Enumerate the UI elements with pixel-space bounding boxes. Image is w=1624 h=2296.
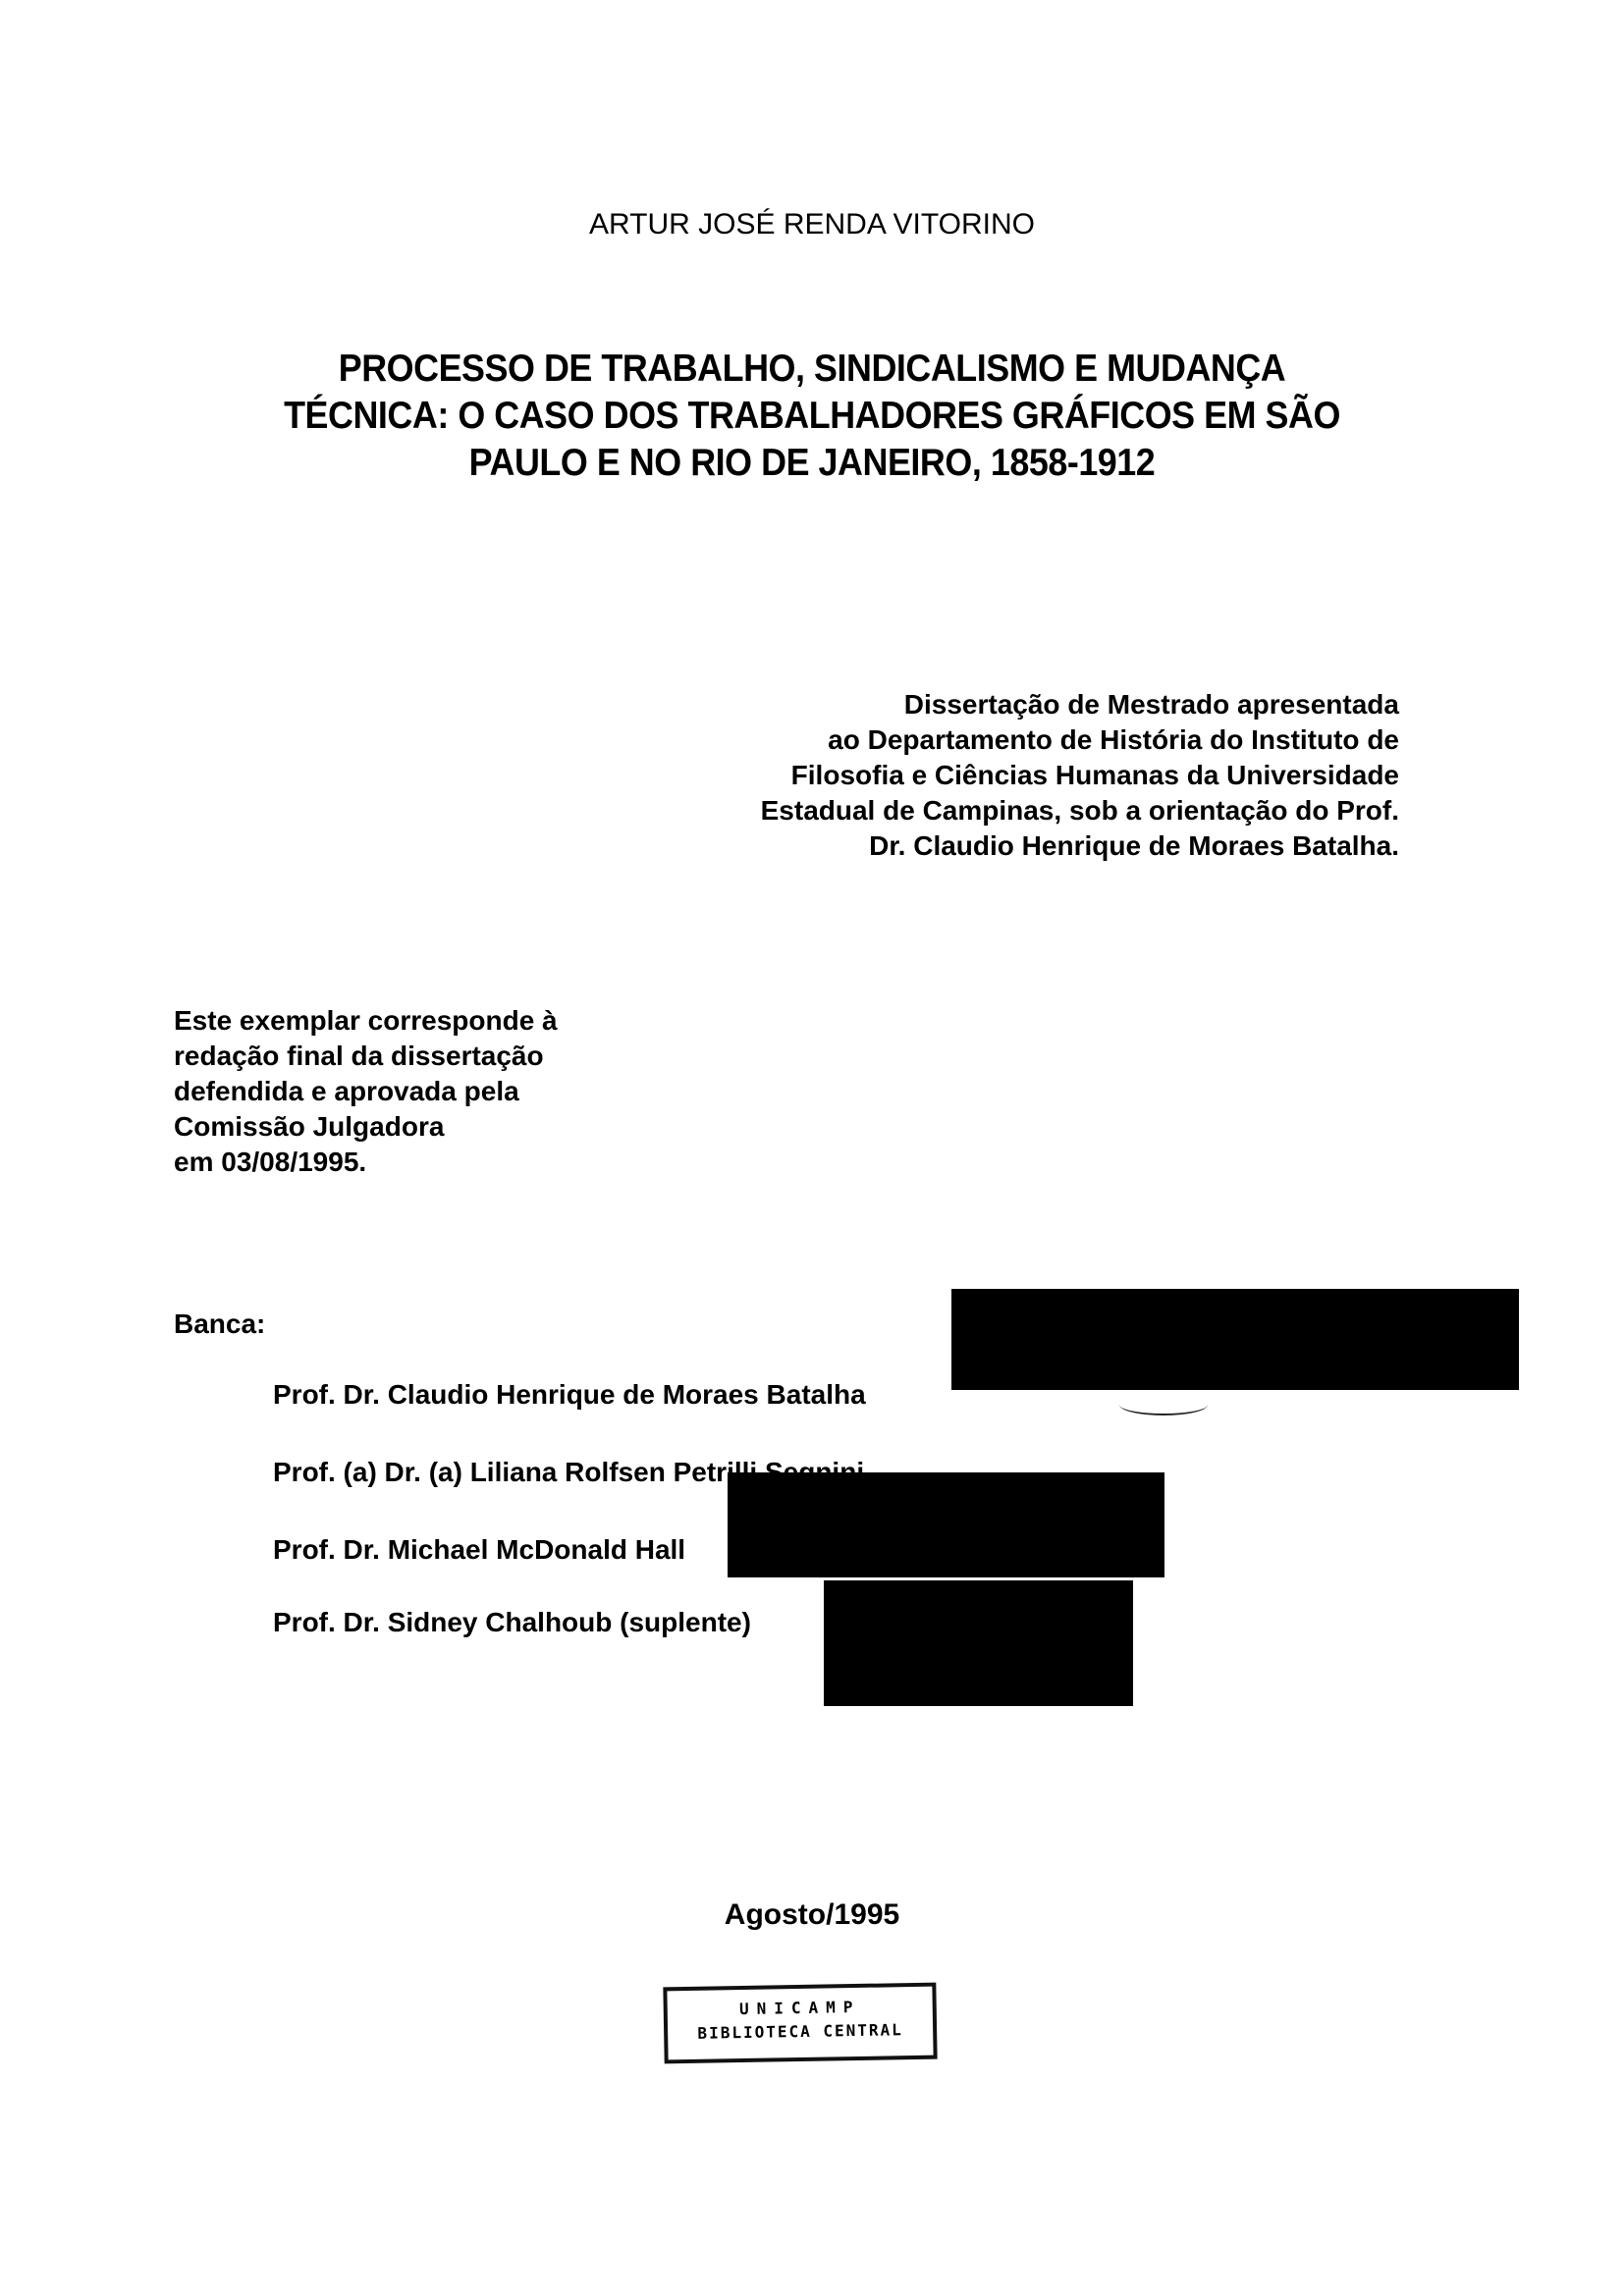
redaction-block [824, 1580, 1133, 1706]
redaction-block [951, 1289, 1519, 1390]
title-line: PAULO E NO RIO DE JANEIRO, 1858-1912 [200, 440, 1424, 487]
title-line: PROCESSO DE TRABALHO, SINDICALISMO E MUD… [200, 346, 1424, 393]
approval-line: defendida e aprovada pela [174, 1074, 558, 1109]
author-name: ARTUR JOSÉ RENDA VITORINO [0, 208, 1624, 241]
note-line: Dissertação de Mestrado apresentada [761, 687, 1399, 722]
committee-member: Prof. Dr. Claudio Henrique de Moraes Bat… [273, 1379, 866, 1411]
submission-note: Dissertação de Mestrado apresentada ao D… [761, 687, 1399, 864]
approval-line: redação final da dissertação [174, 1039, 558, 1074]
title-line: TÉCNICA: O CASO DOS TRABALHADORES GRÁFIC… [200, 393, 1424, 440]
approval-line: Comissão Julgadora [174, 1109, 558, 1145]
stamp-line: BIBLIOTECA CENTRAL [668, 2018, 933, 2047]
committee-member: Prof. Dr. Sidney Chalhoub (suplente) [273, 1607, 751, 1638]
note-line: Filosofia e Ciências Humanas da Universi… [761, 758, 1399, 793]
approval-line: Este exemplar corresponde à [174, 1003, 558, 1039]
approval-line: em 03/08/1995. [174, 1145, 558, 1180]
dissertation-title: PROCESSO DE TRABALHO, SINDICALISMO E MUD… [200, 346, 1424, 487]
document-date: Agosto/1995 [0, 1898, 1624, 1932]
signature-mark [1119, 1394, 1208, 1415]
note-line: Dr. Claudio Henrique de Moraes Batalha. [761, 828, 1399, 864]
committee-label: Banca: [174, 1308, 265, 1340]
redaction-block [728, 1472, 1164, 1577]
approval-note: Este exemplar corresponde à redação fina… [174, 1003, 558, 1180]
library-stamp: UNICAMP BIBLIOTECA CENTRAL [663, 1983, 937, 2064]
note-line: Estadual de Campinas, sob a orientação d… [761, 793, 1399, 828]
note-line: ao Departamento de História do Instituto… [761, 722, 1399, 758]
committee-member: Prof. Dr. Michael McDonald Hall [273, 1534, 685, 1566]
